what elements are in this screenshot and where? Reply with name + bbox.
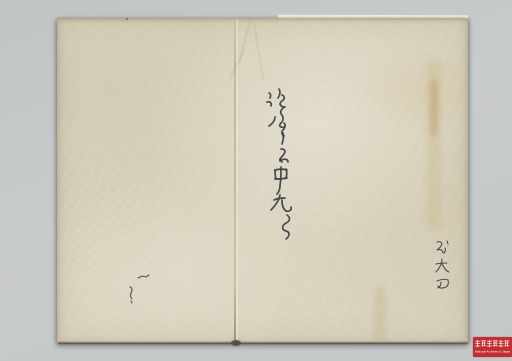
- paper-bottom-shadow: [58, 342, 468, 344]
- stamp-kanji-row: National Archives of Japan: [473, 337, 512, 357]
- bottom-stain-streak: [374, 286, 386, 342]
- paper-fiber-texture: [62, 150, 157, 270]
- center-fold-highlight: [236, 19, 238, 342]
- fold-bottom-notch: [231, 340, 241, 346]
- national-archives-stamp: National Archives of Japan: [473, 337, 512, 357]
- side-annotation: [430, 236, 456, 294]
- archive-photo-canvas: National Archives of Japan: [0, 0, 512, 361]
- main-calligraphy: [255, 83, 315, 233]
- right-edge-stain-core: [430, 80, 438, 136]
- stamp-subtext: National Archives of Japan: [475, 350, 511, 354]
- ink-smudge: [120, 272, 152, 304]
- top-edge-speck: [126, 18, 128, 20]
